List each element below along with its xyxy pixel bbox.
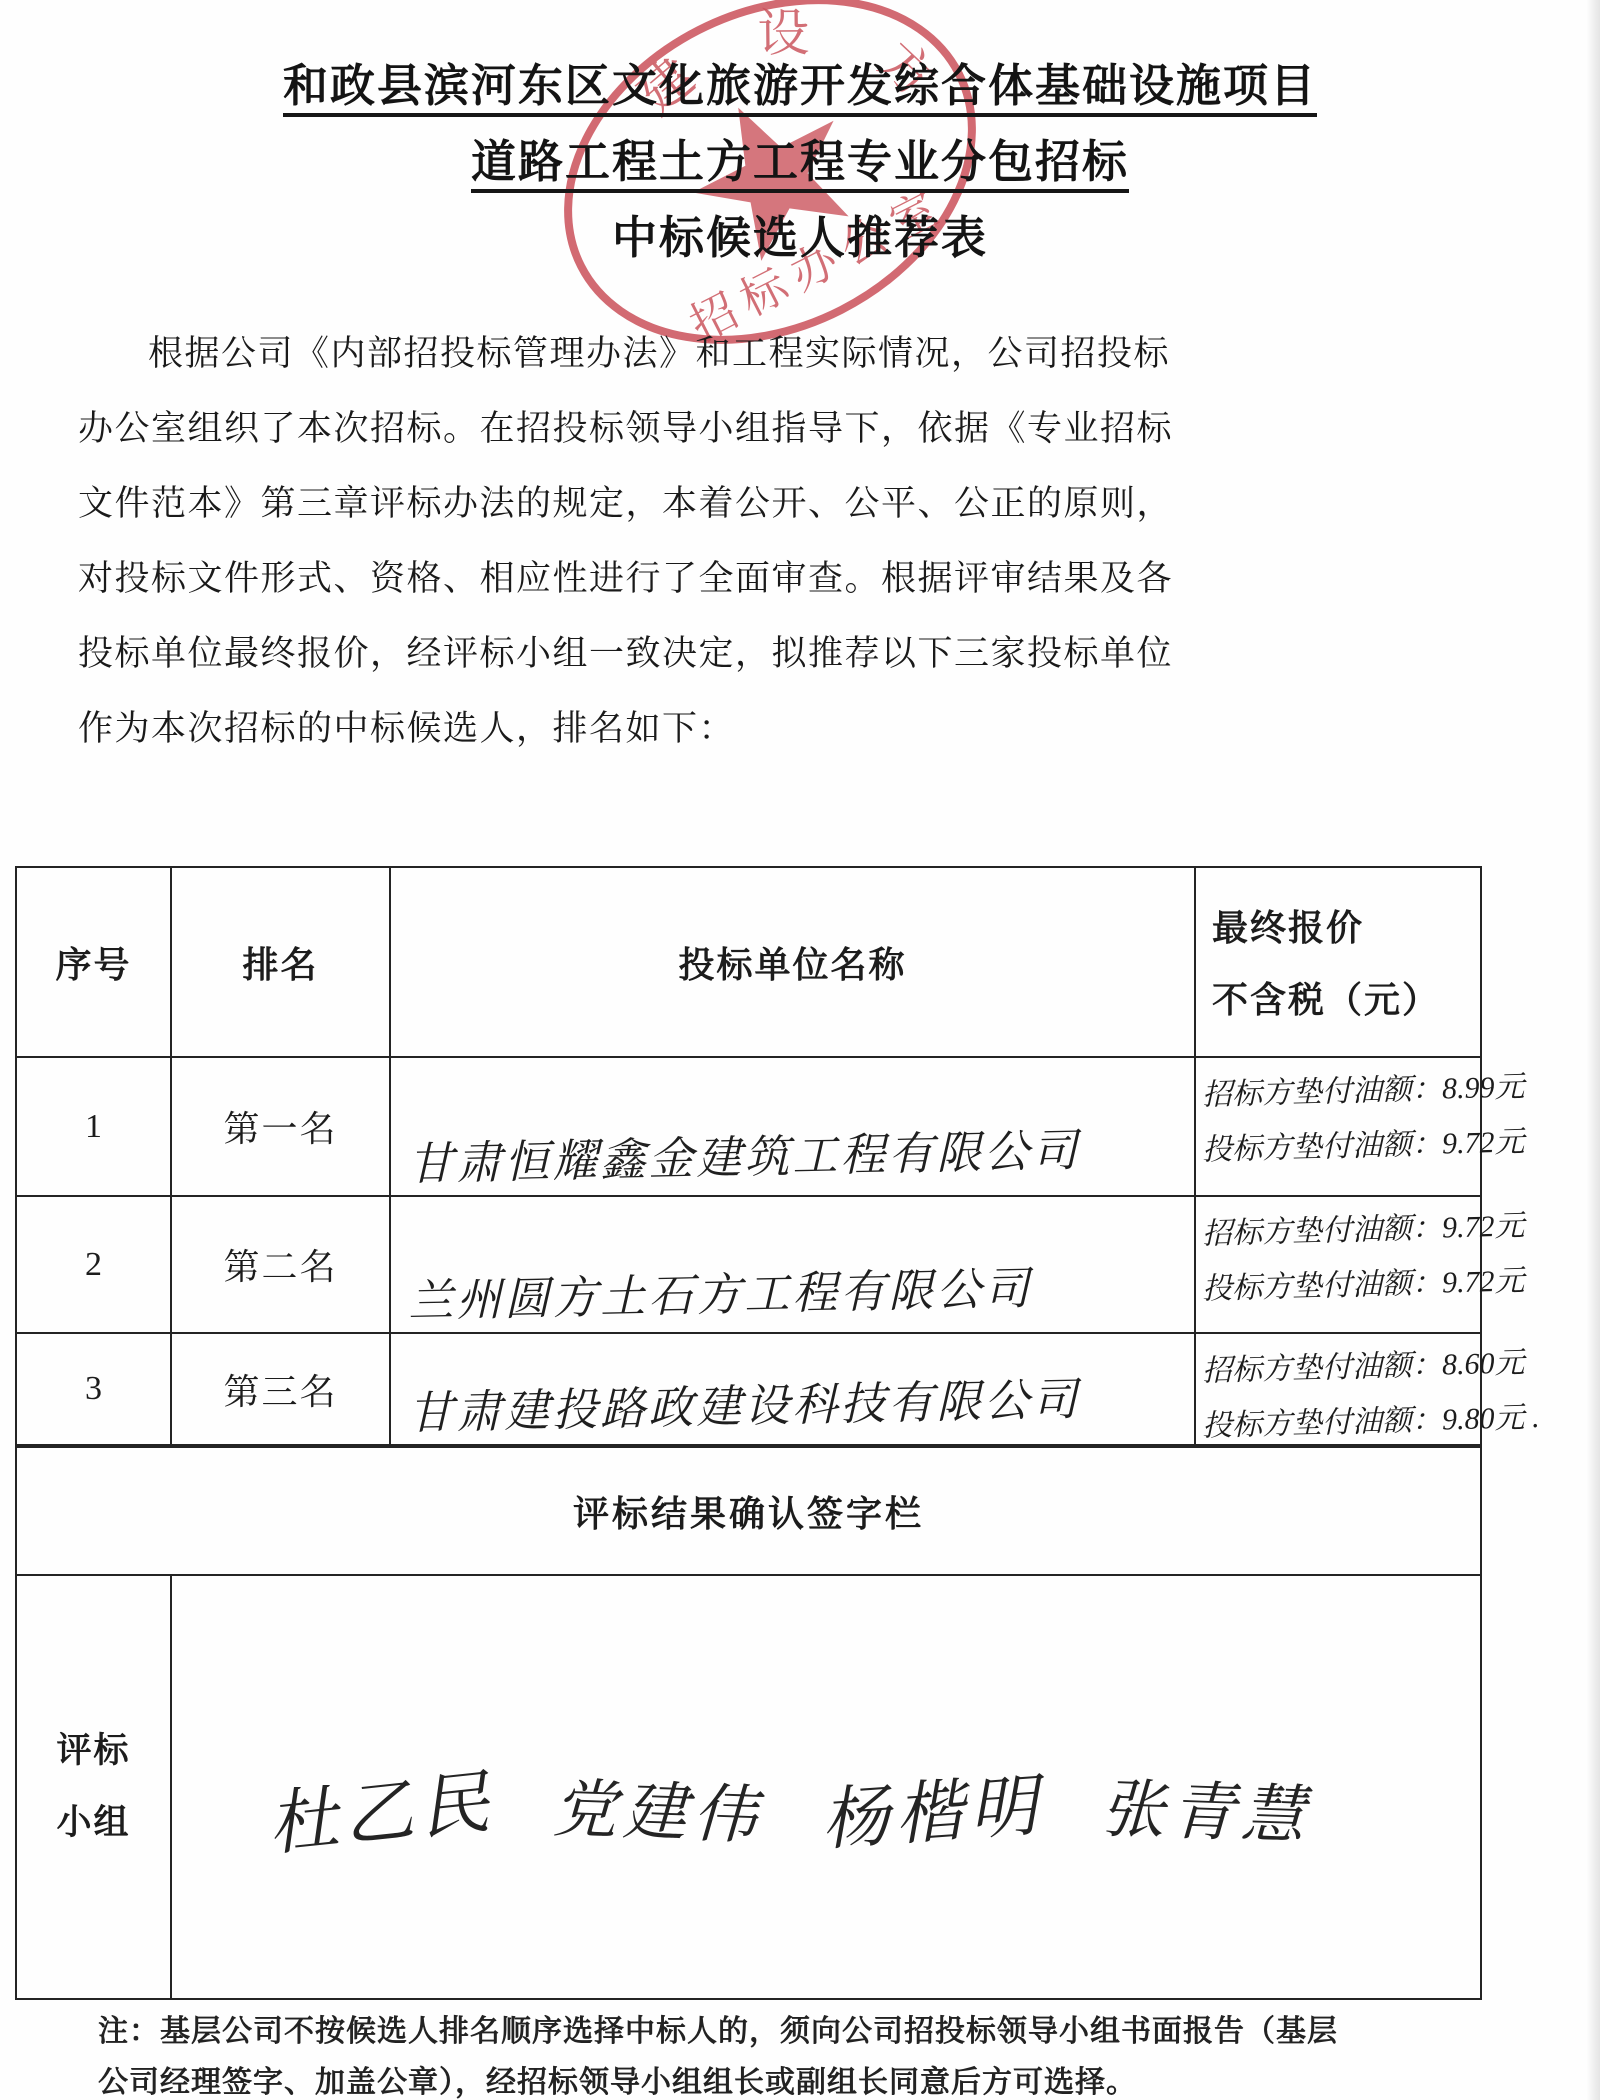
table-row: 2 第二名 兰州圆方土石方工程有限公司 招标方垫付油额：9.72元 投标方垫付油…	[16, 1196, 1481, 1333]
row-no: 1	[16, 1057, 171, 1196]
panel-label-line1: 评标	[17, 1715, 170, 1787]
intro-line: 作为本次招标的中标候选人，排名如下：	[78, 691, 1530, 766]
confirm-signature-bar-row: 评标结果确认签字栏	[16, 1446, 1481, 1575]
panel-label-line2: 小组	[17, 1787, 170, 1859]
table-row: 1 第一名 甘肃恒耀鑫金建筑工程有限公司 招标方垫付油额：8.99元 投标方垫付…	[16, 1057, 1481, 1196]
row-price-handwriting: 招标方垫付油额：8.60元 投标方垫付油额：9.80元 .	[1202, 1338, 1600, 1448]
panel-signature-cell: 杜乙民 党建伟 杨楷明 张青慧	[171, 1575, 1481, 1999]
price-line-bidder: 投标方垫付油额：9.80元 .	[1201, 1387, 1600, 1453]
row-rank: 第一名	[171, 1057, 390, 1196]
header-price: 最终报价 不含税（元）	[1195, 867, 1481, 1057]
intro-line: 对投标文件形式、资格、相应性进行了全面审查。根据评审结果及各	[78, 541, 1530, 616]
signature-handwriting: 张青慧	[1099, 1757, 1312, 1856]
evaluation-panel-label: 评标 小组	[16, 1575, 171, 1999]
header-price-line2: 不含税（元）	[1212, 964, 1480, 1036]
header-company: 投标单位名称	[390, 867, 1195, 1057]
signatures-row: 杜乙民 党建伟 杨楷明 张青慧	[172, 1717, 1480, 1858]
price-line-bidder: 投标方垫付油额：9.72元	[1201, 1111, 1600, 1177]
row-price-handwriting: 招标方垫付油额：9.72元 投标方垫付油额：9.72元	[1202, 1201, 1600, 1311]
header-no: 序号	[16, 867, 171, 1057]
candidates-table: 序号 排名 投标单位名称 最终报价 不含税（元） 1 第一名 甘肃恒耀鑫金建筑工…	[15, 866, 1482, 2000]
table-row: 3 第三名 甘肃建投路政建设科技有限公司 招标方垫付油额：8.60元 投标方垫付…	[16, 1333, 1481, 1446]
footnote-line1: 注：基层公司不按候选人排名顺序选择中标人的，须向公司招投标领导小组书面报告（基层	[98, 2006, 1538, 2057]
header-price-line1: 最终报价	[1212, 892, 1480, 964]
row-company-handwriting: 甘肃建投路政建设科技有限公司	[390, 1360, 1194, 1444]
document-title-block: 和政县滨河东区文化旅游开发综合体基础设施项目 道路工程土方工程专业分包招标 中标…	[0, 48, 1600, 276]
price-line-bidder: 投标方垫付油额：9.72元	[1201, 1250, 1600, 1316]
price-line-tenderer: 招标方垫付油额：8.99元	[1201, 1056, 1600, 1122]
footnote-line2: 公司经理签字、加盖公章），经招标领导小组组长或副组长同意后方可选择。	[98, 2057, 1538, 2100]
intro-line: 文件范本》第三章评标办法的规定，本着公开、公平、公正的原则，	[78, 466, 1530, 541]
signature-handwriting: 杨楷明	[818, 1751, 1046, 1863]
title-line-1: 和政县滨河东区文化旅游开发综合体基础设施项目	[0, 48, 1600, 124]
row-rank: 第三名	[171, 1333, 390, 1446]
intro-line: 投标单位最终报价，经评标小组一致决定，拟推荐以下三家投标单位	[78, 616, 1530, 691]
price-line-tenderer: 招标方垫付油额：8.60元	[1201, 1332, 1600, 1398]
signature-handwriting: 杜乙民	[262, 1745, 499, 1869]
intro-line: 根据公司《内部招投标管理办法》和工程实际情况，公司招投标	[78, 316, 1530, 391]
row-price-handwriting: 招标方垫付油额：8.99元 投标方垫付油额：9.72元	[1202, 1062, 1600, 1172]
price-line-tenderer: 招标方垫付油额：9.72元	[1201, 1195, 1600, 1261]
title-line-3: 中标候选人推荐表	[0, 200, 1600, 276]
signature-handwriting: 党建伟	[551, 1757, 764, 1856]
footnote: 注：基层公司不按候选人排名顺序选择中标人的，须向公司招投标领导小组书面报告（基层…	[98, 2006, 1538, 2100]
header-rank: 排名	[171, 867, 390, 1057]
row-no: 2	[16, 1196, 171, 1333]
scanned-document-page: 建 设 方 招标办公室 和政县滨河东区文化旅游开发综合体基础设施项目 道路工程土…	[0, 0, 1600, 2100]
table-header-row: 序号 排名 投标单位名称 最终报价 不含税（元）	[16, 867, 1481, 1057]
row-rank: 第二名	[171, 1196, 390, 1333]
row-no: 3	[16, 1333, 171, 1446]
title-line-2: 道路工程土方工程专业分包招标	[0, 124, 1600, 200]
row-company-handwriting: 甘肃恒耀鑫金建筑工程有限公司	[390, 1111, 1194, 1195]
confirm-signature-bar-label: 评标结果确认签字栏	[16, 1446, 1481, 1575]
evaluation-panel-row: 评标 小组 杜乙民 党建伟 杨楷明 张青慧	[16, 1575, 1481, 1999]
intro-paragraph: 根据公司《内部招投标管理办法》和工程实际情况，公司招投标 办公室组织了本次招标。…	[78, 316, 1530, 766]
intro-line: 办公室组织了本次招标。在招投标领导小组指导下，依据《专业招标	[78, 391, 1530, 466]
row-company-handwriting: 兰州圆方土石方工程有限公司	[390, 1248, 1194, 1332]
